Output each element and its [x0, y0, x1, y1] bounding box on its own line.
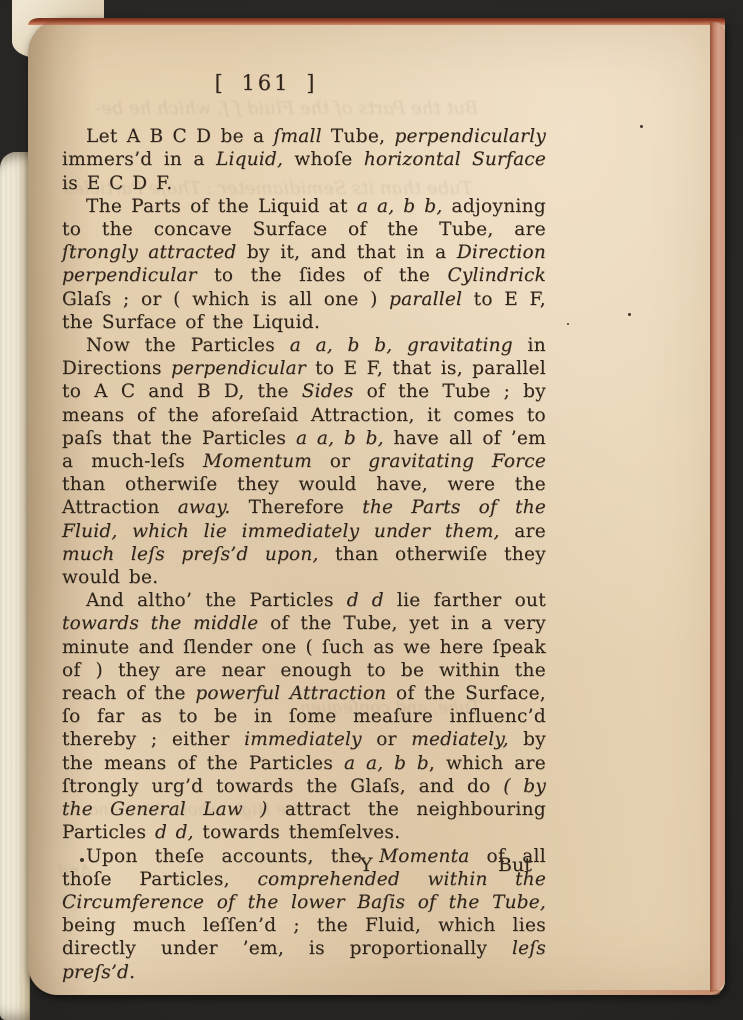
italic-run: mediately, [411, 729, 508, 750]
roman-run: are [500, 521, 546, 542]
italic-run: horizontal Surface [364, 149, 546, 170]
paragraph: Now the Particles a a, b b, gravitating … [62, 334, 546, 589]
italic-run: parallel [389, 289, 462, 310]
paragraph: And altho’ the Particles d d lie farther… [62, 589, 546, 844]
roman-run: immers’d in a [62, 149, 216, 170]
ink-speck [300, 158, 302, 160]
text-block: [ 161 ] Let A B C D be a ſmall Tube, per… [62, 72, 546, 984]
roman-run: Therefore [230, 497, 362, 518]
page-stained-edge-bottom [491, 990, 721, 995]
paragraph: Let A B C D be a ſmall Tube, perpendicul… [62, 125, 546, 195]
roman-run: Now the Particles [86, 335, 290, 356]
roman-run: lie farther out [384, 590, 546, 611]
photograph-background: But the Parts of the Fluid f f, which he… [0, 0, 743, 1020]
italic-run: immediately [244, 729, 362, 750]
page-stained-edge-top [28, 18, 725, 25]
ink-speck [80, 858, 84, 862]
roman-run: The Parts of the Liquid at [86, 196, 357, 217]
catchword: But [498, 854, 532, 876]
italic-run: d d, [155, 822, 194, 843]
italic-run: ſtrongly attracted [62, 242, 236, 263]
ink-speck [628, 313, 631, 316]
roman-run: And altho’ the Particles [86, 590, 347, 611]
roman-run: or [362, 729, 411, 750]
italic-run: Sides [302, 381, 354, 402]
roman-run: is E C D F. [62, 173, 173, 194]
italic-run: perpendicularly [394, 126, 546, 147]
italic-run: a a, b b, gravitating [290, 335, 513, 356]
italic-run: powerful Attraction [195, 683, 386, 704]
italic-run: away. [178, 497, 231, 518]
roman-run: by it, and that in a [236, 242, 456, 263]
roman-run: Glaſs ; or ( which is all one ) [62, 289, 389, 310]
ink-speck [640, 125, 643, 128]
italic-run: d d [347, 590, 384, 611]
paragraph: The Parts of the Liquid at a a, b b, adj… [62, 195, 546, 334]
italic-run: gravitating Force [368, 451, 546, 472]
italic-run: ſmall [273, 126, 321, 147]
italic-run: perpendicular [171, 358, 306, 379]
roman-run: towards themſelves. [194, 822, 401, 843]
roman-run: or [312, 451, 368, 472]
italic-run: a a, b b, [357, 196, 443, 217]
italic-run: Liquid, [216, 149, 283, 170]
italic-run: Momentum [203, 451, 312, 472]
footer-row: Y But [62, 854, 546, 880]
roman-run: Tube, [322, 126, 395, 147]
page-number-header: [ 161 ] [24, 72, 508, 95]
ink-speck [567, 323, 569, 325]
book-pages-fore-edge [0, 152, 30, 1020]
roman-run: being much leſſen’d ; the Fluid, which l… [62, 915, 546, 959]
roman-run: to the ſides of the [197, 265, 448, 286]
italic-run: towards the middle [62, 613, 258, 634]
italic-run: much leſs preſs’d upon, [62, 544, 319, 565]
roman-run: whoſe [283, 149, 364, 170]
italic-run: a a, b b [344, 753, 429, 774]
signature-mark: Y [360, 854, 373, 876]
italic-run: Cylindrick [447, 265, 546, 286]
italic-run: a a, b b, [296, 428, 384, 449]
page-stained-edge-right [710, 22, 725, 992]
book-page: But the Parts of the Fluid f f, which he… [28, 18, 725, 995]
roman-run: Let A B C D be a [86, 126, 273, 147]
